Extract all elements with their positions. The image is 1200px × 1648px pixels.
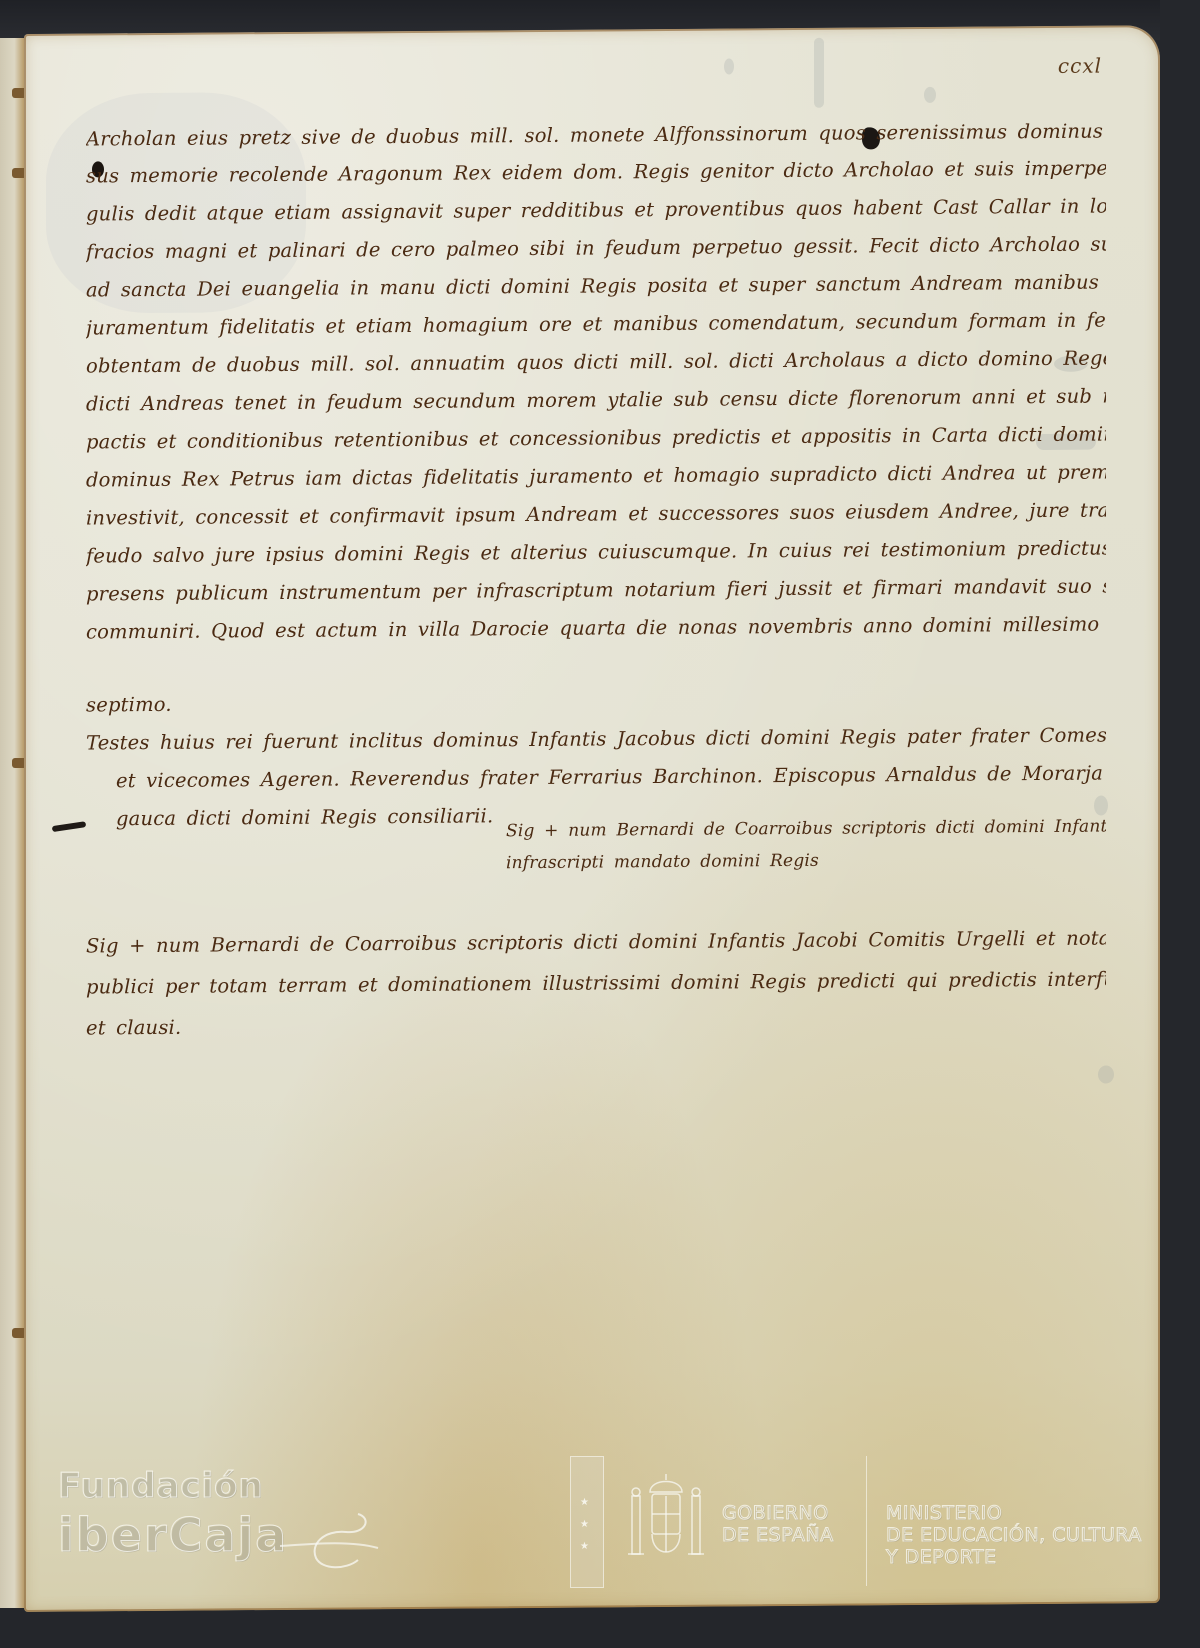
manuscript-text: Archolan eius pretz sive de duobus mill.… [86, 112, 1106, 1040]
margin-mark [52, 821, 87, 832]
text-line: juramentum fidelitatis et etiam homagium… [86, 309, 1106, 340]
manuscript-page: ccxl Archolan eius pretz sive de duobus … [24, 25, 1160, 1612]
text-line: ad sancta Dei euangelia in manu dicti do… [86, 271, 1106, 302]
text-line: et vicecomes Ageren. Reverendus frater F… [86, 762, 1106, 793]
ministry-label-line1: MINISTERIO [886, 1502, 1142, 1524]
water-stain [724, 58, 734, 74]
ministerio-label: MINISTERIO DE EDUCACIÓN, CULTURA Y DEPOR… [886, 1502, 1142, 1568]
ministry-label-line3: Y DEPORTE [886, 1546, 1142, 1568]
ibercaja-logo-line1: Fundación [58, 1466, 264, 1506]
text-line: fracios magni et palinari de cero palmeo… [86, 233, 1106, 264]
scan-backdrop-right [1160, 0, 1200, 1648]
folio-number: ccxl [1058, 54, 1102, 78]
gov-label-line2: DE ESPAÑA [722, 1524, 834, 1546]
logo-divider [866, 1456, 867, 1586]
ibercaja-swirl-icon [280, 1508, 380, 1574]
text-line: pactis et conditionibus retentionibus et… [86, 423, 1106, 454]
text-line: investivit, concessit et confirmavit ips… [86, 499, 1106, 530]
text-line: Testes huius rei fuerunt inclitus dominu… [86, 724, 1106, 755]
water-stain [814, 38, 824, 108]
text-line: septimo. [86, 686, 1106, 717]
text-line: sus memorie recolende Aragonum Rex eidem… [86, 157, 1106, 188]
spain-coat-of-arms-icon [622, 1474, 710, 1568]
text-line: infrascripti mandato domini Regis [86, 849, 1106, 877]
text-line: communiri. Quod est actum in villa Daroc… [86, 613, 1106, 644]
text-line: feudo salvo jure ipsius domini Regis et … [86, 537, 1106, 568]
water-stain [924, 87, 936, 103]
spain-flag-icon: ★ ★ ★ [570, 1456, 604, 1588]
scan-backdrop-bottom [0, 1610, 1200, 1648]
text-line: dominus Rex Petrus iam dictas fidelitati… [86, 461, 1106, 492]
gobierno-de-espana-label: GOBIERNO DE ESPAÑA [722, 1502, 834, 1546]
text-line: Archolan eius pretz sive de duobus mill.… [86, 120, 1106, 151]
binding-edge [0, 38, 26, 1608]
text-line: et clausi. [86, 1009, 1106, 1040]
text-line: obtentam de duobus mill. sol. annuatim q… [86, 347, 1106, 378]
text-line: presens publicum instrumentum per infras… [86, 575, 1106, 606]
gov-label-line1: GOBIERNO [722, 1502, 834, 1524]
text-line: dicti Andreas tenet in feudum secundum m… [86, 385, 1106, 416]
ibercaja-logo-line2: iberCaja [58, 1508, 288, 1562]
text-line: publici per totam terram et dominationem… [86, 968, 1106, 999]
text-line: gulis dedit atque etiam assignavit super… [86, 195, 1106, 226]
signature-line: Sig + num Bernardi de Coarroibus scripto… [86, 927, 1106, 958]
ministry-label-line2: DE EDUCACIÓN, CULTURA [886, 1524, 1142, 1546]
water-stain [1098, 1065, 1114, 1083]
